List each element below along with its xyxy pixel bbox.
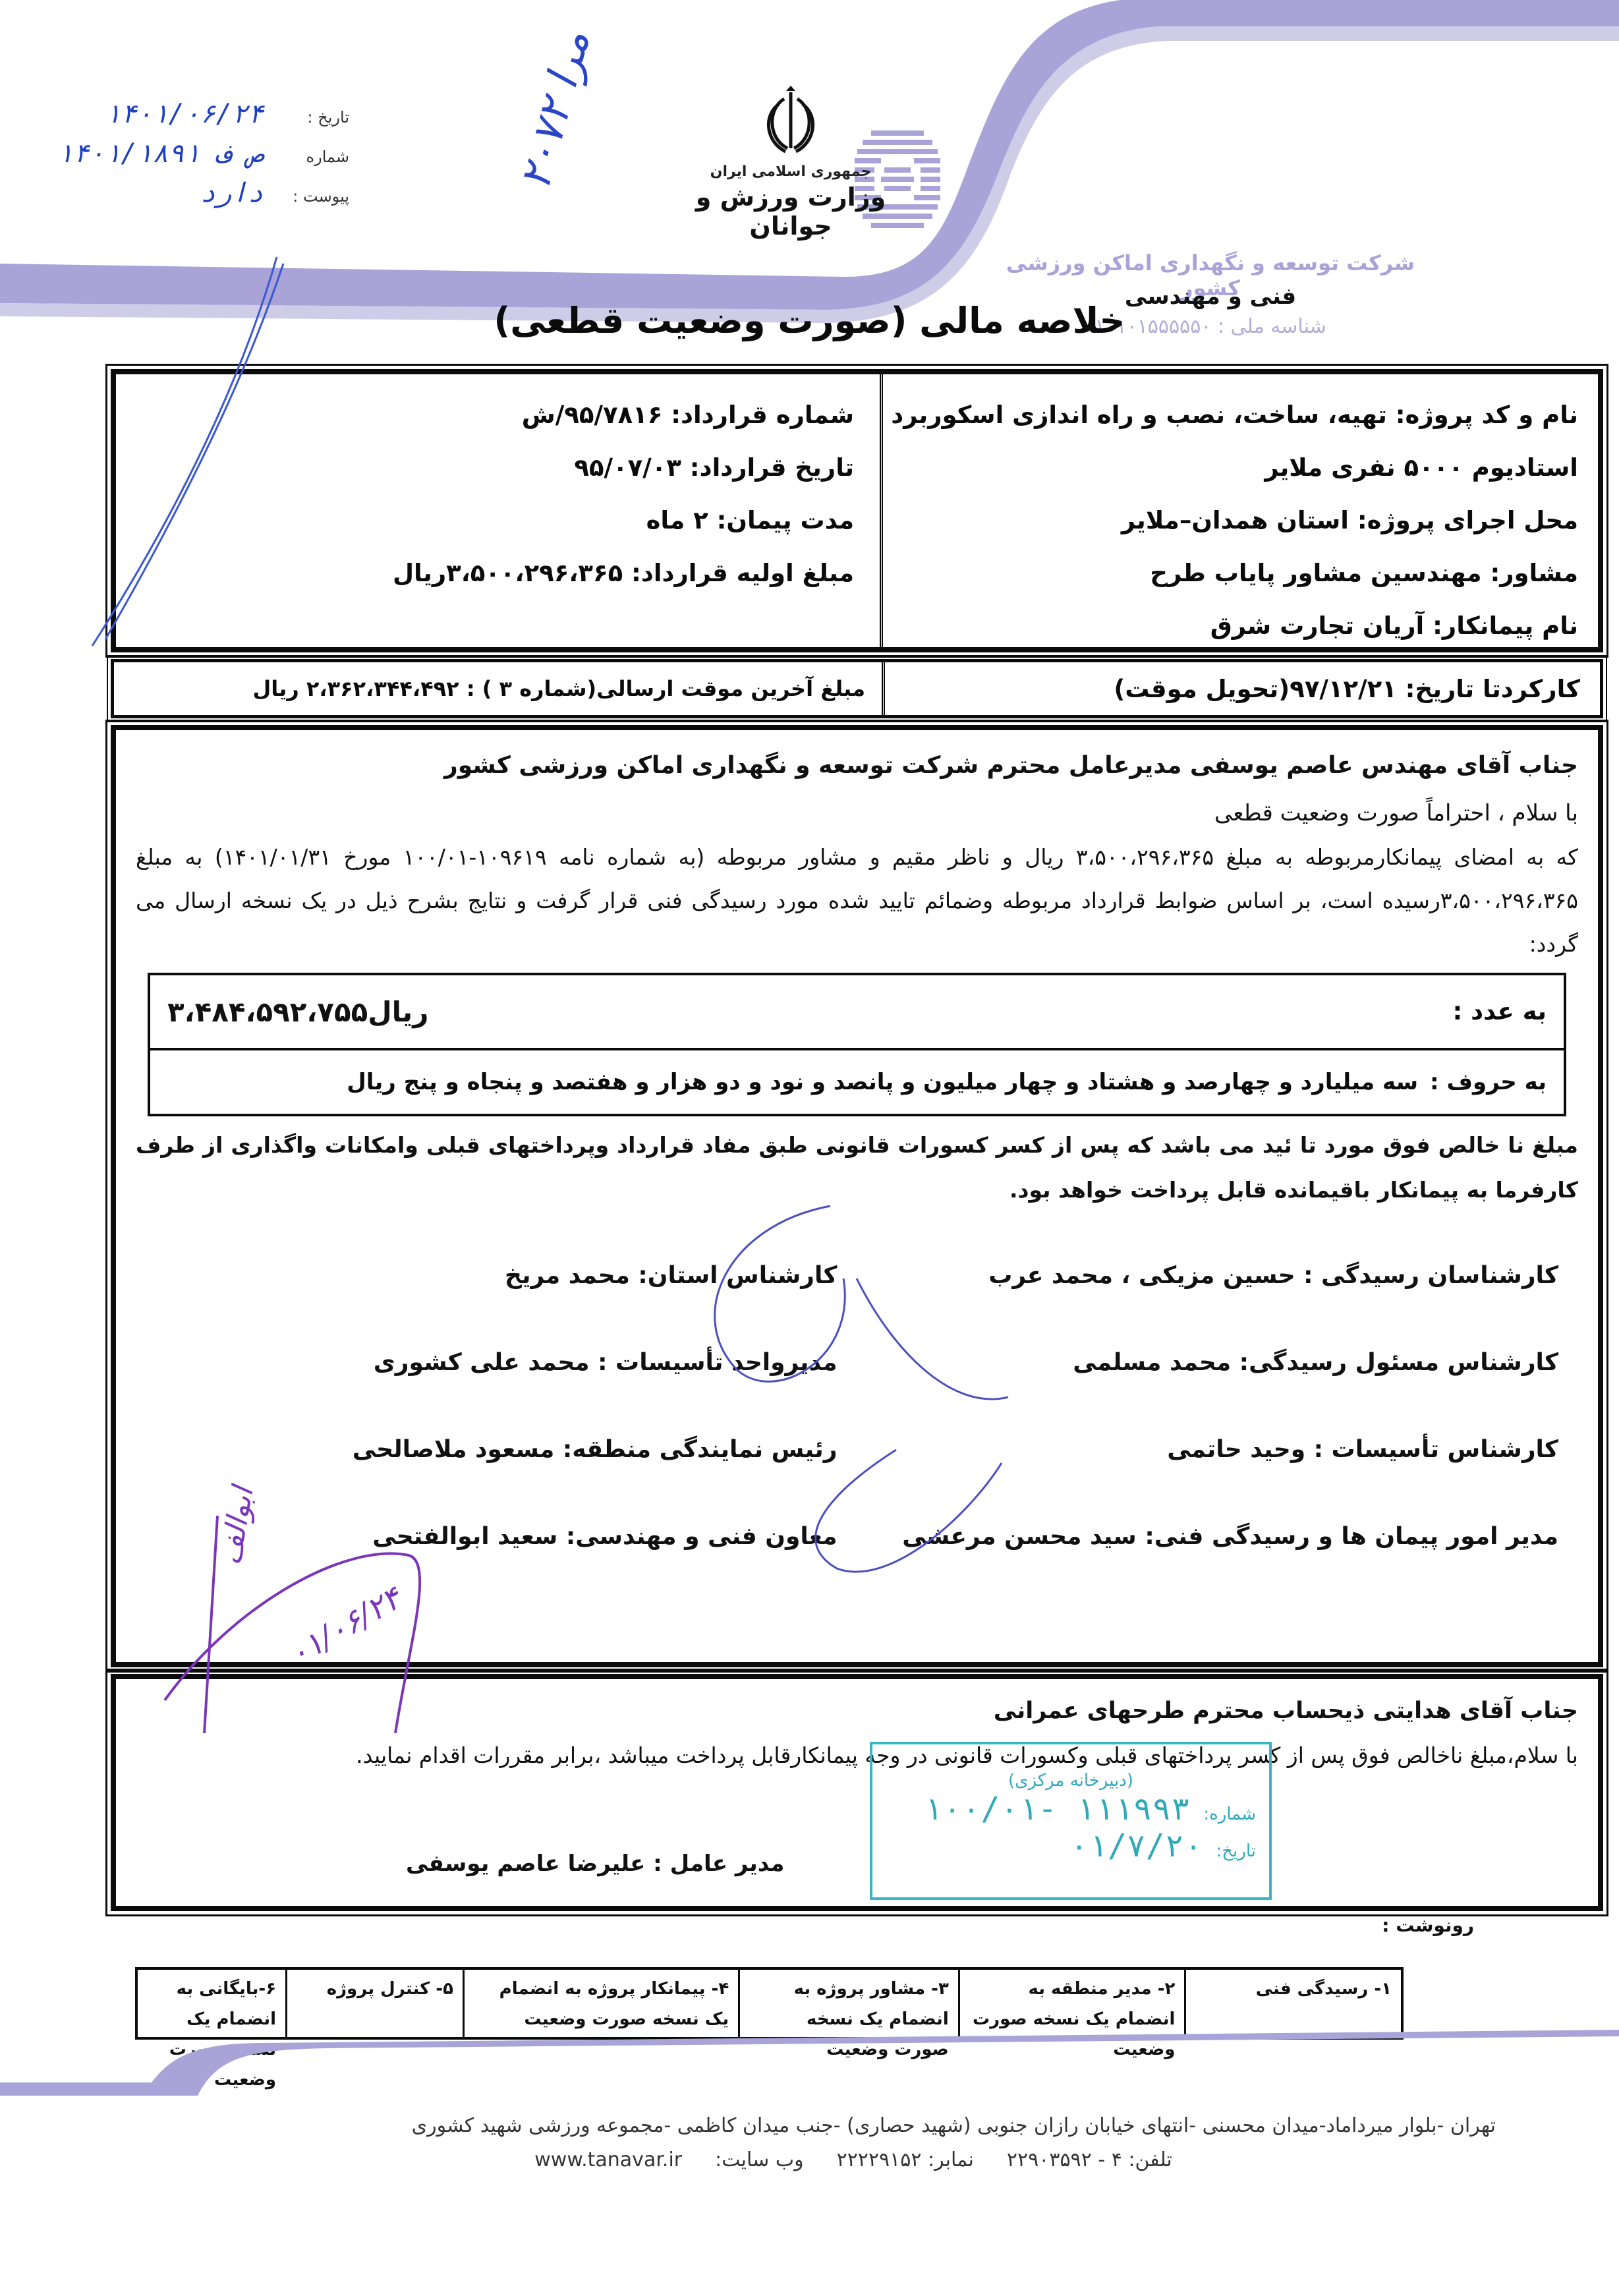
letter-greeting: با سلام ، احتراماً صورت وضعیت قطعی (136, 791, 1578, 836)
registry-stamp: (دبیرخانه مرکزی) شماره: ۱۰۰/۰۱- ۱۱۱۹۹۳ ت… (870, 1742, 1272, 1900)
page-title: خلاصه مالی (صورت وضعیت قطعی) (0, 300, 1619, 341)
project-contractor: نام پیمانکار: آریان تجارت شرق (903, 600, 1578, 652)
contract-initial-amount: مبلغ اولیه قرارداد: ۳،۵۰۰،۲۹۶،۳۶۵ریال (136, 547, 854, 600)
project-consultant: مشاور: مهندسین مشاور پایاب طرح (903, 547, 1578, 600)
stamp-number-row: شماره: ۱۰۰/۰۱- ۱۱۱۹۹۳ (872, 1791, 1269, 1827)
footer-address: تهران -بلوار میرداماد-میدان محسنی -انتها… (211, 2109, 1496, 2143)
signatories-left-column: کارشناس استان: محمد مریخ مدیرواحد تأسیسا… (156, 1232, 838, 1580)
footer-web-label: وب سایت: (715, 2143, 803, 2177)
reference-attachment-label: پیوست : (270, 187, 349, 206)
stamp-date-row: تاریخ: ۰۱/۷/۲۰ (872, 1827, 1269, 1864)
cc-label: رونوشت : (1382, 1914, 1474, 1936)
ministry-name: وزارت ورزش و جوانان (652, 183, 929, 241)
amount-digits-label: به عدد : (1452, 985, 1547, 1038)
project-name-cont: استادیوم ۵۰۰۰ نفری ملایر (903, 442, 1578, 494)
cc-table: ۱- رسیدگی فنی ۲- مدیر منطقه به انضمام یک… (135, 1967, 1404, 2040)
reference-number-label: شماره (270, 148, 349, 166)
reference-date-label: تاریخ : (270, 108, 349, 127)
second-letter-box: جناب آقای هدایتی ذیحساب محترم طرحهای عمر… (111, 1674, 1603, 1911)
footer-fax: نمابر: ۲۲۲۲۹۱۵۲ (837, 2143, 974, 2177)
letter-body: که به امضای پیمانکارمربوطه به مبلغ ۳،۵۰۰… (136, 836, 1578, 966)
ceo-signature: مدیر عامل : علیرضا عاصم یوسفی (406, 1841, 784, 1886)
signatory-reviewers: کارشناسان رسیدگی : حسین مزیکی ، محمد عرب (877, 1232, 1559, 1319)
stamp-date-label: تاریخ: (1216, 1841, 1257, 1861)
main-letter-box: جناب آقای مهندس عاصم یوسفی مدیرعامل محتر… (111, 725, 1603, 1667)
last-interim-amount: مبلغ آخرین موقت ارسالی(شماره ۳ ) : ۲،۳۶۲… (253, 678, 865, 699)
project-name: نام و کد پروژه: تهیه، ساخت، نصب و راه ان… (903, 389, 1578, 442)
ministry-subtitle: جمهوری اسلامی ایران (652, 163, 929, 180)
stamp-subtitle: (دبیرخانه مرکزی) (872, 1771, 1269, 1791)
reference-number-value: ۱۴۰۱/۱۸۹۱ ص ف (40, 138, 270, 169)
reference-date-row: تاریخ : ۱۴۰۱/۰۶/۲۴ (40, 99, 349, 138)
work-until-date: کارکردتا تاریخ: ۹۷/۱۲/۲۱(تحویل موقت) (1114, 677, 1580, 701)
cc-item: ۲- مدیر منطقه به انضمام یک نسخه صورت وضع… (958, 1970, 1185, 2037)
contract-duration: مدت پیمان: ۲ ماه (136, 494, 854, 547)
footer-address-block: تهران -بلوار میرداماد-میدان محسنی -انتها… (211, 2109, 1496, 2177)
cc-item: ۴- پیمانکار پروژه به انضمام یک نسخه صورت… (463, 1970, 738, 2037)
signatory-province-expert: کارشناس استان: محمد مریخ (156, 1232, 838, 1319)
signatory-regional-head: رئیس نمایندگی منطقه: مسعود ملاصالحی (156, 1406, 838, 1493)
amount-words-box: به حروف : سه میلیارد و چهارصد و هشتاد و … (148, 1048, 1566, 1116)
amount-digits-box: به عدد : ۳،۴۸۴،۵۹۲،۷۵۵ریال (148, 973, 1566, 1050)
stamp-number-value: ۱۰۰/۰۱- ۱۱۱۹۹۳ (924, 1791, 1191, 1827)
footer-swoosh-decoration (0, 2030, 1619, 2096)
reference-block: تاریخ : ۱۴۰۱/۰۶/۲۴ شماره ۱۴۰۱/۱۸۹۱ ص ف پ… (40, 99, 349, 217)
project-info-box: نام و کد پروژه: تهیه، ساخت، نصب و راه ان… (111, 369, 1603, 652)
contract-date: تاریخ قرارداد: ۹۵/۰۷/۰۳ (136, 442, 854, 494)
project-location: محل اجرای پروژه: استان همدان–ملایر (903, 494, 1578, 547)
reference-date-value: ۱۴۰۱/۰۶/۲۴ (40, 99, 270, 129)
stamp-date-value: ۰۱/۷/۲۰ (1069, 1827, 1203, 1864)
status-row-box: کارکردتا تاریخ: ۹۷/۱۲/۲۱(تحویل موقت) مبل… (111, 659, 1603, 718)
cc-item: ۶-بایگانی به انضمام یک نسخه صورت وضعیت (138, 1970, 285, 2037)
signatory-technical-deputy: معاون فنی و مهندسی: سعید ابوالفتحی (156, 1493, 838, 1580)
cc-item: ۳- مشاور پروژه به انضمام یک نسخه صورت وض… (738, 1970, 958, 2037)
signatory-chief-reviewer: کارشناس مسئول رسیدگی: محمد مسلمی (877, 1319, 1559, 1406)
signatories-right-column: کارشناسان رسیدگی : حسین مزیکی ، محمد عرب… (877, 1232, 1559, 1580)
cc-item: ۱- رسیدگی فنی (1184, 1970, 1401, 2037)
letter-addressee: جناب آقای مهندس عاصم یوسفی مدیرعامل محتر… (136, 743, 1578, 788)
reference-attachment-row: پیوست : دارد (40, 178, 349, 217)
reference-attachment-value: دارد (40, 178, 270, 208)
project-details-cell: نام و کد پروژه: تهیه، ساخت، نصب و راه ان… (880, 374, 1598, 647)
amount-words-value: سه میلیارد و چهارصد و هشتاد و چهار میلیو… (347, 1056, 1418, 1108)
footer-website-link[interactable]: www.tanavar.ir (534, 2143, 682, 2177)
iran-emblem-icon (764, 86, 817, 158)
work-until-cell: کارکردتا تاریخ: ۹۷/۱۲/۲۱(تحویل موقت) (882, 662, 1600, 715)
reference-number-row: شماره ۱۴۰۱/۱۸۹۱ ص ف (40, 138, 349, 178)
footer-phone: تلفن: ۴ - ۲۲۹۰۳۵۹۲ (1007, 2143, 1172, 2177)
signatory-contracts-manager: مدیر امور پیمان ها و رسیدگی فنی: سید محس… (877, 1493, 1559, 1580)
signatory-facilities-expert: کارشناس تأسیسات : وحید حاتمی (877, 1406, 1559, 1493)
contract-details-cell: شماره قرارداد: ۹۵/۷۸۱۶/ش تاریخ قرارداد: … (116, 374, 874, 647)
second-letter-body: با سلام،مبلغ ناخالص فوق پس از کسر پرداخت… (136, 1733, 1578, 1778)
signatories: کارشناسان رسیدگی : حسین مزیکی ، محمد عرب… (136, 1232, 1578, 1580)
last-interim-cell: مبلغ آخرین موقت ارسالی(شماره ۳ ) : ۲،۳۶۲… (114, 662, 878, 715)
stamp-number-label: شماره: (1203, 1804, 1256, 1824)
cc-item: ۵- کنترل پروژه (285, 1970, 463, 2037)
ministry-header: جمهوری اسلامی ایران وزارت ورزش و جوانان (652, 86, 929, 241)
second-letter-addressee: جناب آقای هدایتی ذیحساب محترم طرحهای عمر… (136, 1688, 1578, 1733)
net-amount-note: مبلغ نا خالص فوق مورد تا ئید می باشد که … (136, 1123, 1578, 1213)
footer-contact-row: تلفن: ۴ - ۲۲۹۰۳۵۹۲ نمابر: ۲۲۲۲۹۱۵۲ وب سا… (211, 2143, 1496, 2177)
contract-number: شماره قرارداد: ۹۵/۷۸۱۶/ش (136, 389, 854, 442)
amount-words-label: به حروف : (1430, 1056, 1547, 1108)
amount-digits-value: ۳،۴۸۴،۵۹۲،۷۵۵ریال (167, 996, 428, 1028)
signatory-facilities-manager: مدیرواحد تأسیسات : محمد علی کشوری (156, 1319, 838, 1406)
